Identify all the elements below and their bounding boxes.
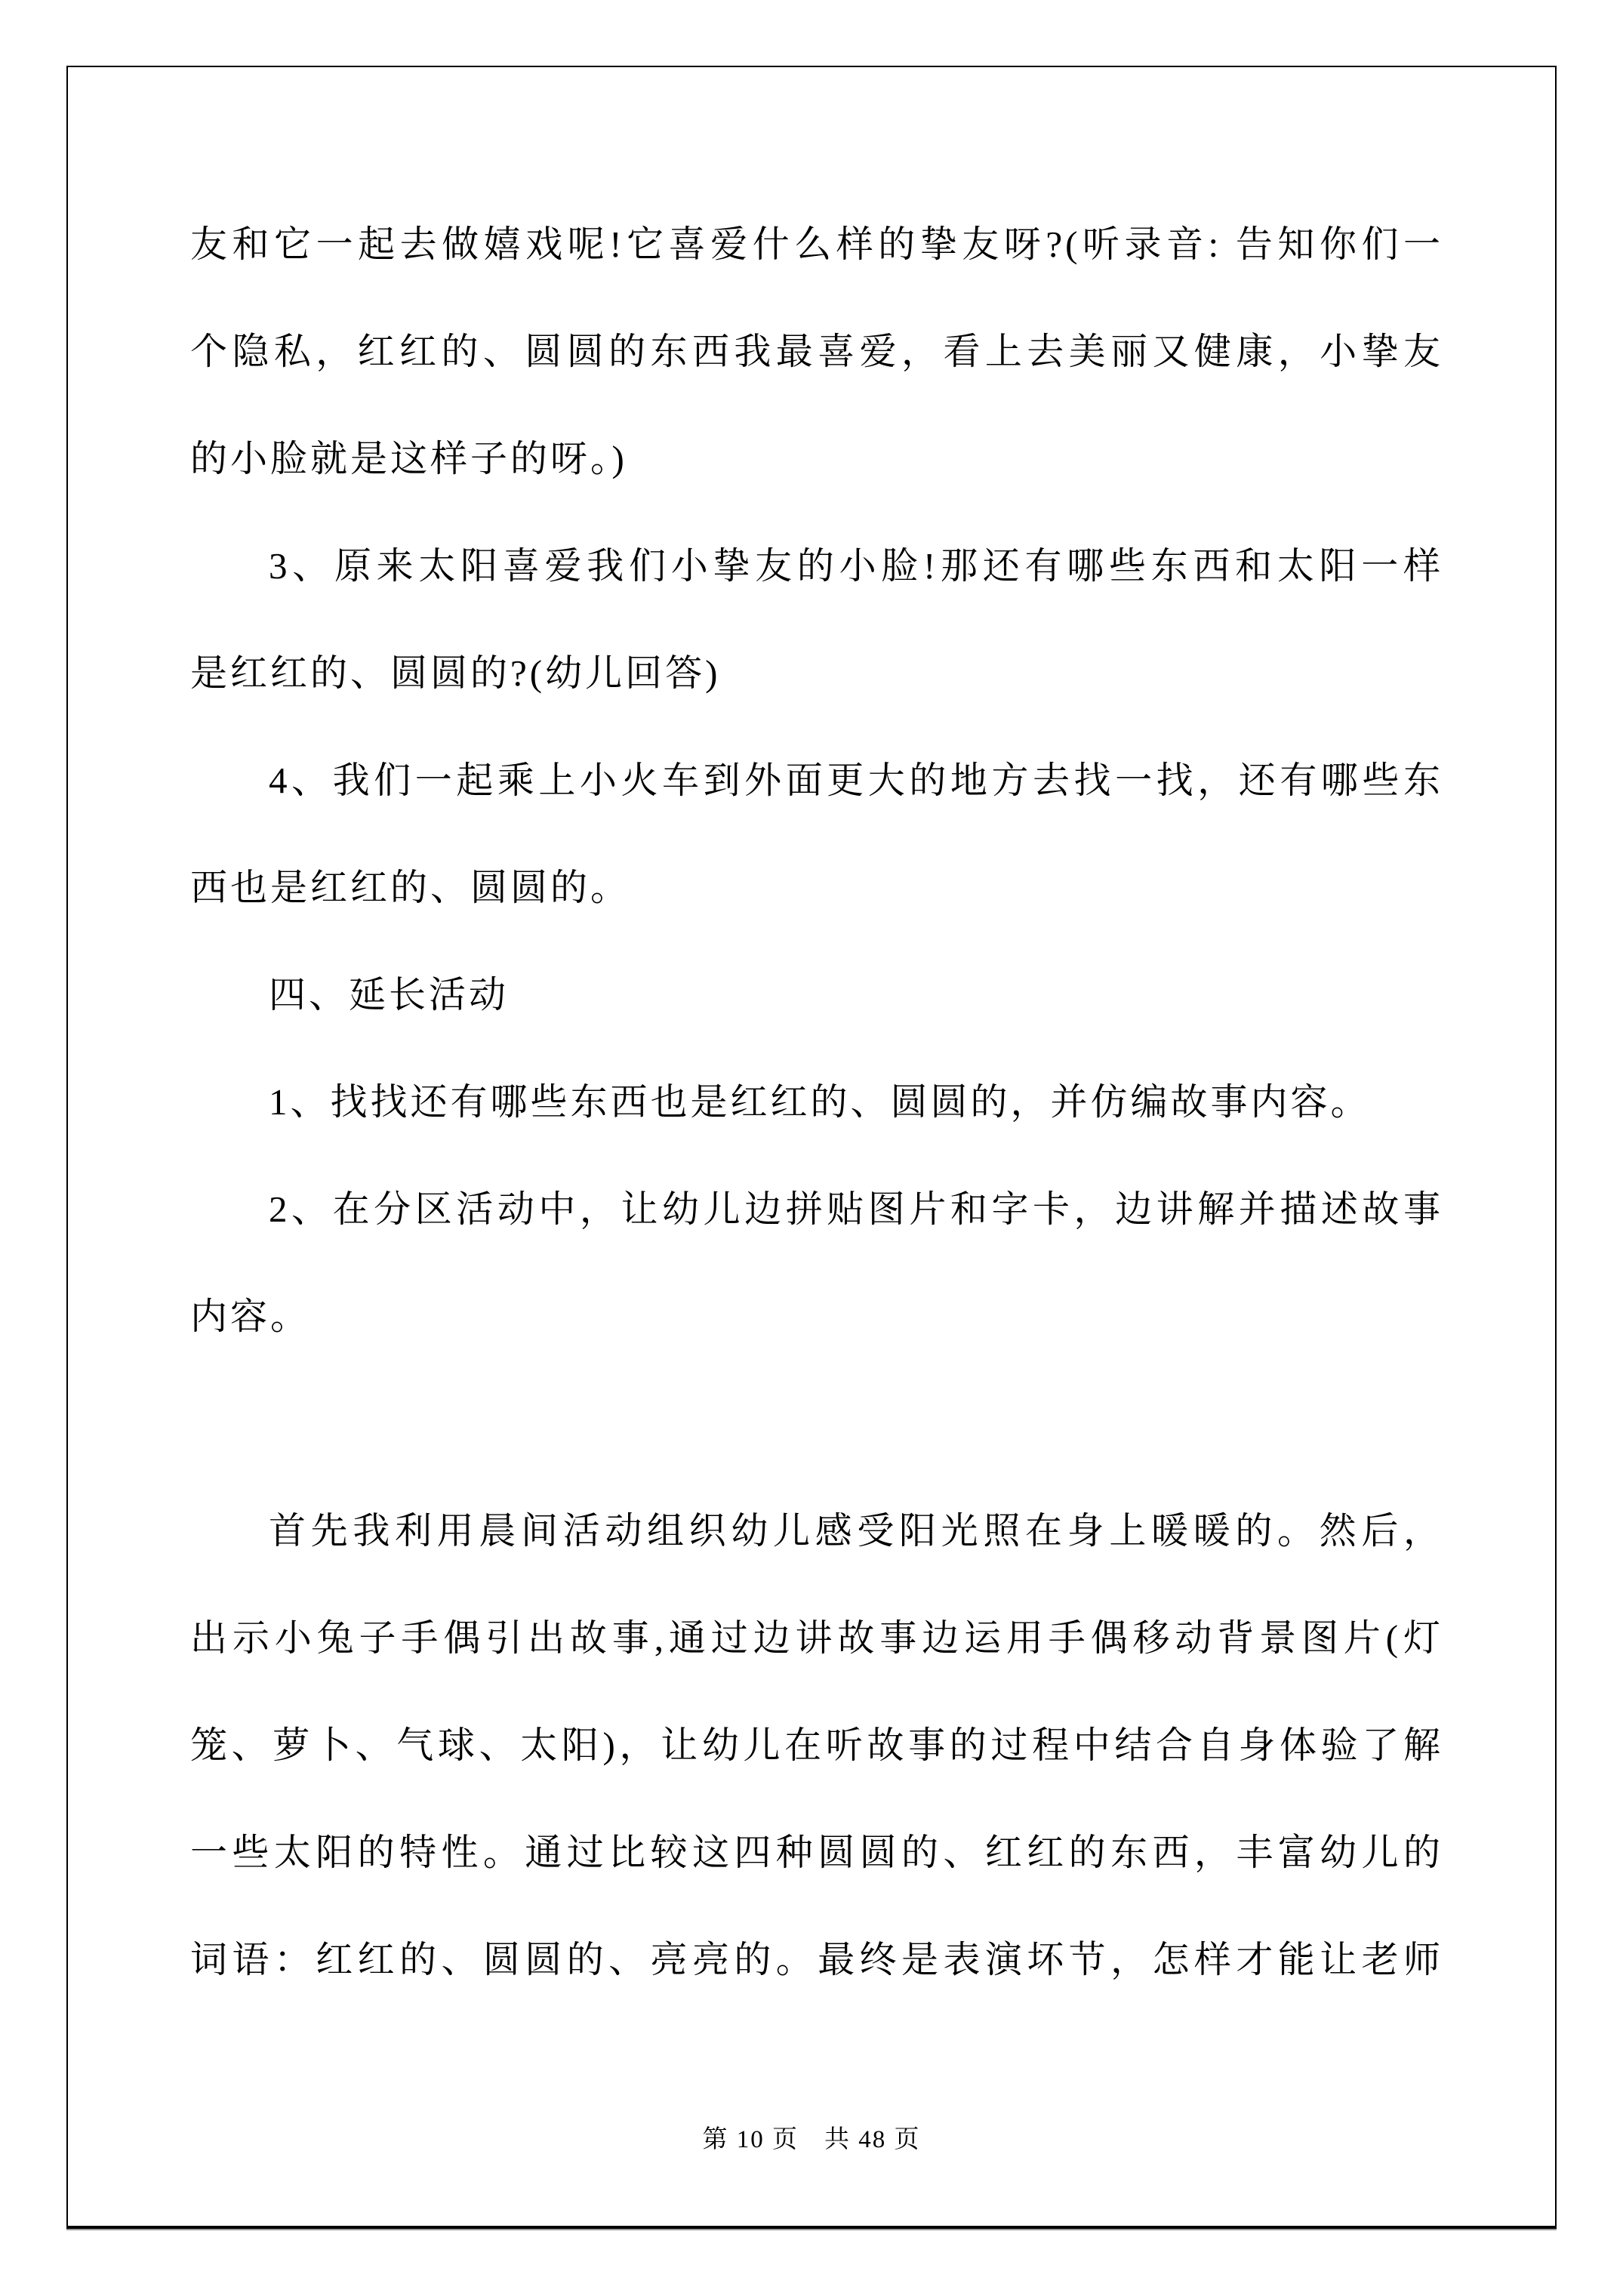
page-total-label: 共 48 页 <box>824 2126 921 2153</box>
page-footer: 第 10 页共 48 页 <box>68 2123 1555 2156</box>
text-line: 的小脸就是这样子的呀。) <box>190 405 1443 513</box>
text-line: 2、在分区活动中，让幼儿边拼贴图片和字卡，边讲解并描述故事 <box>190 1156 1443 1263</box>
body-text-block: 友和它一起去做嬉戏呢!它喜爱什么样的挚友呀?(听录音: 告知你们一 个隐私，红红… <box>190 191 1443 2014</box>
blank-line <box>190 1370 1443 1478</box>
text-line: 笼、萝卜、气球、太阳)，让幼儿在听故事的过程中结合自身体验了解 <box>190 1692 1443 1799</box>
text-line: 出示小兔子手偶引出故事,通过边讲故事边运用手偶移动背景图片(灯 <box>190 1585 1443 1692</box>
text-line: 4、我们一起乘上小火车到外面更大的地方去找一找，还有哪些东 <box>190 727 1443 834</box>
document-page: 友和它一起去做嬉戏呢!它喜爱什么样的挚友呀?(听录音: 告知你们一 个隐私，红红… <box>0 0 1623 2296</box>
text-line: 词语：红红的、圆圆的、亮亮的。最终是表演坏节，怎样才能让老师 <box>190 1906 1443 2014</box>
page-border-frame: 友和它一起去做嬉戏呢!它喜爱什么样的挚友呀?(听录音: 告知你们一 个隐私，红红… <box>66 66 1557 2229</box>
text-line: 四、延长活动 <box>190 942 1443 1049</box>
page-number-label: 第 10 页 <box>703 2126 799 2153</box>
text-line: 3、原来太阳喜爱我们小挚友的小脸!那还有哪些东西和太阳一样 <box>190 513 1443 620</box>
text-line: 一些太阳的特性。通过比较这四种圆圆的、红红的东西，丰富幼儿的 <box>190 1799 1443 1906</box>
text-line: 首先我利用晨间活动组织幼儿感受阳光照在身上暖暖的。然后， <box>190 1478 1443 1585</box>
text-line: 西也是红红的、圆圆的。 <box>190 834 1443 942</box>
text-line: 1、找找还有哪些东西也是红红的、圆圆的，并仿编故事内容。 <box>190 1049 1443 1156</box>
text-line: 是红红的、圆圆的?(幼儿回答) <box>190 620 1443 727</box>
text-line: 友和它一起去做嬉戏呢!它喜爱什么样的挚友呀?(听录音: 告知你们一 <box>190 191 1443 298</box>
text-line: 个隐私，红红的、圆圆的东西我最喜爱，看上去美丽又健康，小挚友 <box>190 298 1443 405</box>
text-line: 内容。 <box>190 1263 1443 1370</box>
